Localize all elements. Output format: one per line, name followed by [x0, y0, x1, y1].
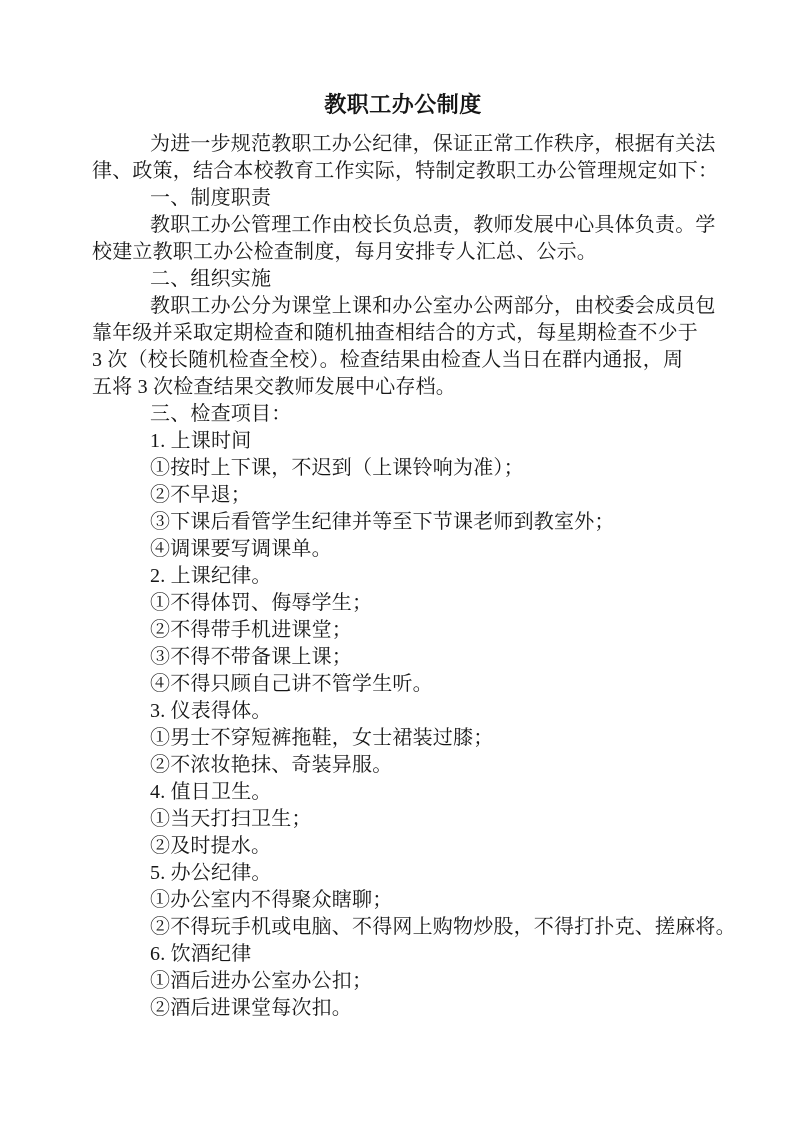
text-line: ①办公室内不得聚众瞎聊； — [92, 887, 714, 914]
text-line: ④不得只顾自己讲不管学生听。 — [92, 671, 714, 698]
text-line: ②不浓妆艳抹、奇装异服。 — [92, 752, 714, 779]
document-page: 教职工办公制度 为进一步规范教职工办公纪律，保证正常工作秩序，根据有关法律、政策… — [0, 0, 793, 1122]
document-content: 教职工办公制度 为进一步规范教职工办公纪律，保证正常工作秩序，根据有关法律、政策… — [92, 90, 714, 1022]
text-line: ①按时上下课，不迟到（上课铃响为准）； — [92, 455, 714, 482]
text-line: 3 次（校长随机检查全校）。检查结果由检查人当日在群内通报，周 — [92, 347, 714, 374]
text-line: 5. 办公纪律。 — [92, 860, 714, 887]
text-line: 教职工办公管理工作由校长负总责，教师发展中心具体负责。学 — [92, 212, 714, 239]
text-line: 2. 上课纪律。 — [92, 563, 714, 590]
text-line: 一、制度职责 — [92, 185, 714, 212]
document-body: 为进一步规范教职工办公纪律，保证正常工作秩序，根据有关法律、政策，结合本校教育工… — [92, 131, 714, 1022]
text-line: 律、政策，结合本校教育工作实际，特制定教职工办公管理规定如下： — [92, 158, 714, 185]
text-line: ②不得玩手机或电脑、不得网上购物炒股，不得打扑克、搓麻将。 — [92, 914, 714, 941]
text-line: ③不得不带备课上课； — [92, 644, 714, 671]
text-line: 为进一步规范教职工办公纪律，保证正常工作秩序，根据有关法 — [92, 131, 714, 158]
text-line: 靠年级并采取定期检查和随机抽查相结合的方式，每星期检查不少于 — [92, 320, 714, 347]
text-line: 6. 饮酒纪律 — [92, 941, 714, 968]
document-title: 教职工办公制度 — [92, 90, 714, 120]
text-line: 校建立教职工办公检查制度，每月安排专人汇总、公示。 — [92, 239, 714, 266]
text-line: 4. 值日卫生。 — [92, 779, 714, 806]
text-line: ③下课后看管学生纪律并等至下节课老师到教室外； — [92, 509, 714, 536]
text-line: ④调课要写调课单。 — [92, 536, 714, 563]
text-line: ②及时提水。 — [92, 833, 714, 860]
text-line: 教职工办公分为课堂上课和办公室办公两部分，由校委会成员包 — [92, 293, 714, 320]
text-line: 二、组织实施 — [92, 266, 714, 293]
text-line: ②不早退； — [92, 482, 714, 509]
text-line: ②酒后进课堂每次扣。 — [92, 995, 714, 1022]
text-line: ①不得体罚、侮辱学生； — [92, 590, 714, 617]
text-line: ①酒后进办公室办公扣； — [92, 968, 714, 995]
text-line: 五将 3 次检查结果交教师发展中心存档。 — [92, 374, 714, 401]
text-line: ②不得带手机进课堂； — [92, 617, 714, 644]
text-line: 1. 上课时间 — [92, 428, 714, 455]
text-line: ①男士不穿短裤拖鞋，女士裙装过膝； — [92, 725, 714, 752]
text-line: 3. 仪表得体。 — [92, 698, 714, 725]
text-line: ①当天打扫卫生； — [92, 806, 714, 833]
text-line: 三、检查项目： — [92, 401, 714, 428]
